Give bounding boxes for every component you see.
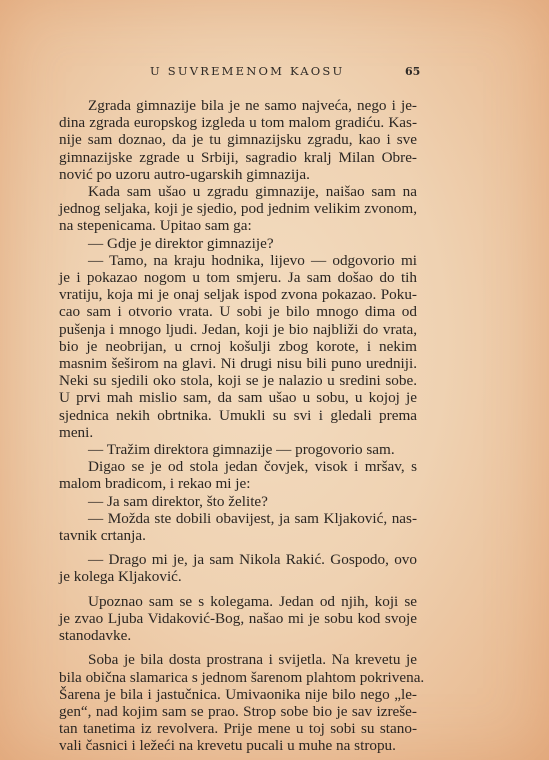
text-line: tan tanetima iz revolvera. Prije mene u … <box>59 720 417 737</box>
text-line: meni. <box>59 424 417 441</box>
paragraph: — Drago mi je, ja sam Nikola Rakić. Gosp… <box>59 551 417 585</box>
text-line: je kolega Kljaković. <box>59 568 417 585</box>
text-line: vratiju, koja mi je onaj seljak ispod zv… <box>59 286 417 303</box>
page-number: 65 <box>405 65 420 78</box>
running-title: U SUVREMENOM KAOSU <box>150 64 436 78</box>
text-line: Neki su sjedili oko stola, koji se je na… <box>59 372 417 389</box>
paragraph: — Možda ste dobili obavijest, ja sam Klj… <box>59 510 417 544</box>
body-text: Zgrada gimnazije bila je ne samo najveća… <box>59 97 417 755</box>
paragraph: — Ja sam direktor, što želite? <box>59 493 417 510</box>
paragraph: — Tamo, na kraju hodnika, lijevo — odgov… <box>59 252 417 441</box>
text-line: vali časnici i ležeći na krevetu pucali … <box>59 737 417 754</box>
paragraph: Kada sam ušao u zgradu gimnazije, naišao… <box>59 183 417 235</box>
text-line: — Drago mi je, ja sam Nikola Rakić. Gosp… <box>59 551 417 568</box>
text-line: tavnik crtanja. <box>59 527 417 544</box>
text-line: je i pokazao nogom u tom smjeru. Ja sam … <box>59 269 417 286</box>
text-line: — Ja sam direktor, što želite? <box>59 493 417 510</box>
paragraph: — Gdje je direktor gimnazije? <box>59 235 417 252</box>
text-line: na stepenicama. Upitao sam ga: <box>59 217 417 234</box>
text-line: nović po uzoru autro-ugarskih gimnazija. <box>59 166 417 183</box>
text-line: jednog seljaka, koji je sjedio, pod jedn… <box>59 200 417 217</box>
text-line: Šarena je bila i jastučnica. Umivaonika … <box>59 686 417 703</box>
paragraph: Soba je bila dosta prostrana i svijetla.… <box>59 651 417 754</box>
text-line: — Gdje je direktor gimnazije? <box>59 235 417 252</box>
text-line: bio je neobrijan, u crnoj košulji zbog k… <box>59 338 417 355</box>
book-page: U SUVREMENOM KAOSU 65 Zgrada gimnazije b… <box>0 0 549 760</box>
text-line: sjednica nekih obrtnika. Umukli su svi i… <box>59 407 417 424</box>
paragraph: — Tražim direktora gimnazije — progovori… <box>59 441 417 458</box>
text-line: gen“, nad kojim sam se prao. Strop sobe … <box>59 703 417 720</box>
text-line: Soba je bila dosta prostrana i svijetla.… <box>59 651 417 668</box>
text-line: cao sam i otvorio vrata. U sobi je bilo … <box>59 303 417 320</box>
text-line: pušenja i mnogo ljudi. Jedan, koji je bi… <box>59 321 417 338</box>
paragraph: Zgrada gimnazije bila je ne samo najveća… <box>59 97 417 183</box>
text-line: dina zgrada europskog izgleda u tom malo… <box>59 114 417 131</box>
text-line: masnim šeširom na glavi. Ni drugi nisu b… <box>59 355 417 372</box>
text-line: Kada sam ušao u zgradu gimnazije, naišao… <box>59 183 417 200</box>
text-line: — Možda ste dobili obavijest, ja sam Klj… <box>59 510 417 527</box>
text-line: nije sam doznao, da je tu gimnazijsku zg… <box>59 131 417 148</box>
text-line: — Tražim direktora gimnazije — progovori… <box>59 441 417 458</box>
text-line: bila obična slamarica s jednom šarenom p… <box>59 669 417 686</box>
text-line: Digao se je od stola jedan čovjek, visok… <box>59 458 417 475</box>
text-line: stanodavke. <box>59 627 417 644</box>
text-line: — Tamo, na kraju hodnika, lijevo — odgov… <box>59 252 417 269</box>
text-line: malom bradicom, i rekao mi je: <box>59 475 417 492</box>
paragraph: Digao se je od stola jedan čovjek, visok… <box>59 458 417 492</box>
text-line: U prvi mah mislio sam, da sam ušao u sob… <box>59 389 417 406</box>
text-line: Zgrada gimnazije bila je ne samo najveća… <box>59 97 417 114</box>
text-line: je zvao Ljuba Vidaković-Bog, našao mi je… <box>59 610 417 627</box>
paragraph: Upoznao sam se s kolegama. Jedan od njih… <box>59 593 417 645</box>
text-line: Upoznao sam se s kolegama. Jedan od njih… <box>59 593 417 610</box>
text-line: gimnazijske zgrade u Srbiji, sagradio kr… <box>59 149 417 166</box>
